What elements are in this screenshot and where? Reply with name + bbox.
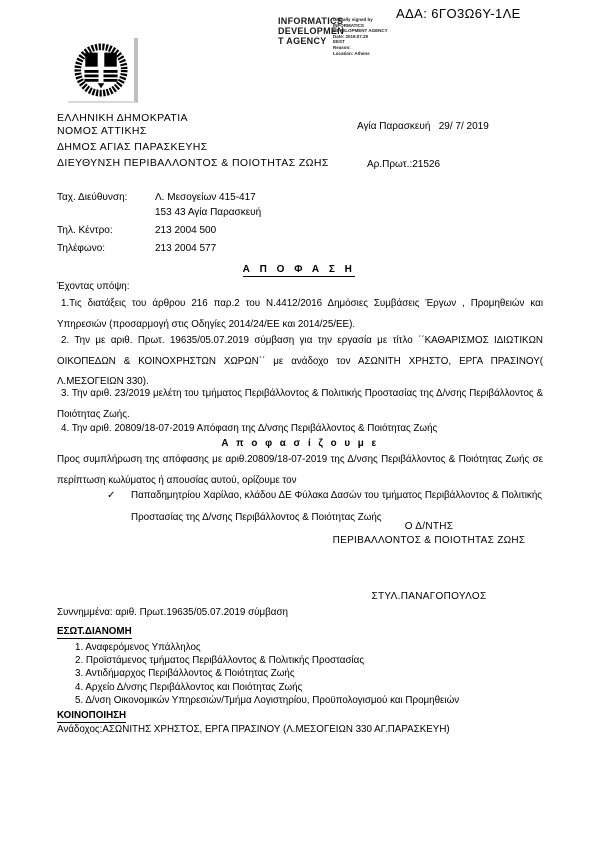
distribution-item: 1. Αναφερόμενος Υπάλληλος [57,641,459,654]
contact-value: 213 2004 577 [155,241,261,256]
letterhead: ΕΛΛΗΝΙΚΗ ΔΗΜΟΚΡΑΤΙΑ ΝΟΜΟΣ ΑΤΤΙΚΗΣ ΔΗΜΟΣ … [57,112,329,170]
letterhead-line-republic: ΕΛΛΗΝΙΚΗ ΔΗΜΟΚΡΑΤΙΑ [57,112,329,125]
distribution-item: 3. Αντιδήμαρχος Περιβάλλοντος & Ποιότητα… [57,667,459,680]
signatory-title-line2: ΠΕΡΙΒΑΛΛΟΝΤΟΣ & ΠΟΙΟΤΗΤΑΣ ΖΩΗΣ [320,534,538,548]
distribution-item: 2. Προϊστάμενος τμήματος Περιβάλλοντος &… [57,654,459,667]
internal-distribution-list: 1. Αναφερόμενος Υπάλληλος 2. Προϊστάμενο… [57,641,459,707]
signatory-name: ΣΤΥΛ.ΠΑΝΑΓΟΠΟΥΛΟΣ [320,591,538,602]
check-icon: ✓ [107,485,115,507]
signatory-title-block: Ο Δ/ΝΤΗΣ ΠΕΡΙΒΑΛΛΟΝΤΟΣ & ΠΟΙΟΤΗΤΑΣ ΖΩΗΣ [320,520,538,548]
contact-value: Λ. Μεσογείων 415-417 153 43 Αγία Παρασκε… [155,190,261,220]
notification-heading: ΚΟΙΝΟΠΟΙΗΣΗ [57,710,126,723]
letterhead-line-prefecture: ΝΟΜΟΣ ΑΤΤΙΚΗΣ [57,125,329,138]
protocol-number: Αρ.Πρωτ.:21526 [357,159,489,172]
regard-item-1: 1.Τις διατάξεις του άρθρου 216 παρ.2 του… [57,294,543,335]
contact-label: Τηλ. Κέντρο: [57,223,155,238]
contact-label: Τηλέφωνο: [57,241,155,256]
verdict-title: Α π ο φ α σ ί ζ ο υ μ ε [221,438,378,449]
contact-row-switchboard: Τηλ. Κέντρο: 213 2004 500 [57,223,261,238]
distribution-item: 4. Αρχείο Δ/νσης Περιβάλλοντος και Ποιότ… [57,681,459,694]
contact-row-phone: Τηλέφωνο: 213 2004 577 [57,241,261,256]
contact-value: 213 2004 500 [155,223,261,238]
decision-document-page: ΑΔΑ: 6ΓΟ3Ω6Υ-1ΛΕ INFORMATICS DEVELOPMEN … [0,0,595,842]
digital-signature-details: Digitally signed by INFORMATICS DEVELOPM… [333,17,388,56]
letterhead-line-directorate: ΔΙΕΥΘΥΝΣΗ ΠΕΡΙΒΑΛΛΟΝΤΟΣ & ΠΟΙΟΤΗΤΑΣ ΖΩΗΣ [57,157,329,170]
internal-distribution-heading: ΕΣΩΤ.ΔΙΑΝΟΜΗ [57,626,132,639]
contact-label: Ταχ. Διεύθυνση: [57,190,155,220]
protocol-block: Αγία Παρασκευή 29/ 7/ 2019 Αρ.Πρωτ.:2152… [357,96,489,196]
internal-distribution-heading-row: ΕΣΩΤ.ΔΙΑΝΟΜΗ [57,626,132,637]
municipality-emblem-box [68,38,138,103]
address-line1: Λ. Μεσογείων 415-417 [155,190,261,205]
wreath-emblem-icon [72,41,130,99]
distribution-item: 5. Δ/νση Οικονομικών Υπηρεσιών/Τμήμα Λογ… [57,694,459,707]
stamp-detail-line: Location: Athens [333,51,388,57]
contractor-line: Ανάδοχος:ΑΣΩΝΙΤΗΣ ΧΡΗΣΤΟΣ, ΕΡΓΑ ΠΡΑΣΙΝΟΥ… [57,724,450,735]
contact-info: Ταχ. Διεύθυνση: Λ. Μεσογείων 415-417 153… [57,190,261,256]
decision-title: Α Π Ο Φ Α Σ Η [243,264,356,277]
attachments-line: Συννημμένα: αριθ. Πρωτ.19635/05.07.2019 … [57,607,288,618]
decision-title-row: Α Π Ο Φ Α Σ Η [57,264,541,275]
stamp-detail-line: DEVELOPMENT AGENCY [333,28,388,34]
contact-row-address: Ταχ. Διεύθυνση: Λ. Μεσογείων 415-417 153… [57,190,261,220]
address-line2: 153 43 Αγία Παρασκευή [155,205,261,220]
letterhead-line-municipality: ΔΗΜΟΣ ΑΓΙΑΣ ΠΑΡΑΣΚΕΥΗΣ [57,141,329,154]
ada-code: ΑΔΑ: 6ΓΟ3Ω6Υ-1ΛΕ [396,6,521,21]
signatory-title-line1: Ο Δ/ΝΤΗΣ [320,520,538,534]
notification-heading-row: ΚΟΙΝΟΠΟΙΗΣΗ [57,710,126,721]
appointee-text: Παπαδημητρίου Χαρίλαο, κλάδου ΔΕ Φύλακα … [131,490,542,523]
place-date: Αγία Παρασκευή 29/ 7/ 2019 [357,121,489,134]
